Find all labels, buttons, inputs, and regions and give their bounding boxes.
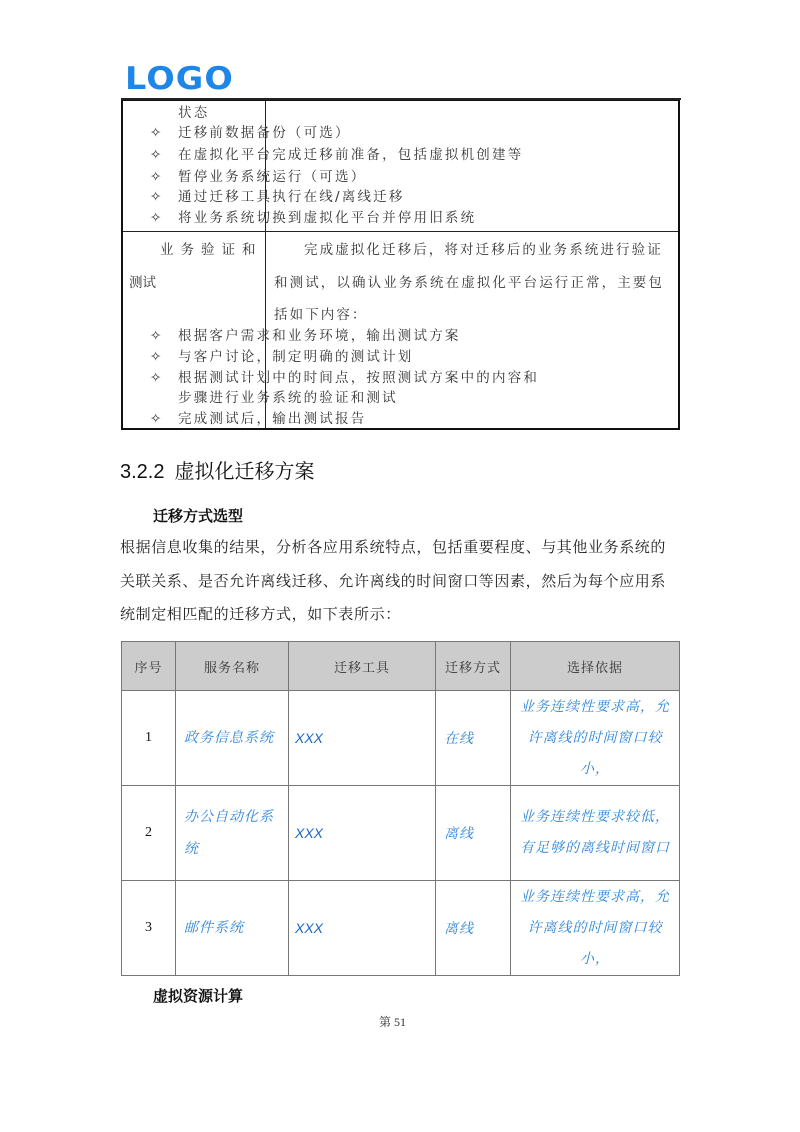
cell-mode: 在线 [436, 691, 511, 786]
diamond-bullet-icon: ✧ [150, 368, 178, 388]
page-number: 第 51 [379, 1013, 406, 1030]
table-row: 3 邮件系统 XXX 离线 业务连续性要求高，允许离线的时间窗口较小， [122, 881, 680, 976]
cell-basis: 业务连续性要求较低，有足够的离线时间窗口 [511, 786, 680, 881]
diamond-bullet-icon: ✧ [150, 167, 178, 187]
bullet-item: ✧完成测试后，输出测试报告 [150, 409, 366, 429]
table-header-row: 序号 服务名称 迁移工具 迁移方式 选择依据 [122, 642, 680, 691]
header-index: 序号 [122, 642, 176, 691]
bullet-item: ✧通过迁移工具执行在线/离线迁移 [150, 187, 405, 207]
bullet-item: ✧根据客户需求和业务环境，输出测试方案 [150, 326, 461, 346]
cell-tool: XXX [289, 881, 436, 976]
bullet-continuation: 步骤进行业务系统的验证和测试 [178, 388, 398, 408]
section-number: 3.2.2 [120, 461, 164, 483]
cell-index: 1 [122, 691, 176, 786]
section-title: 虚拟化迁移方案 [174, 459, 314, 483]
body-text-line: 根据信息收集的结果，分析各应用系统特点，包括重要程度、与其他业务系统的 [120, 536, 666, 557]
body-text-line: 关联关系、是否允许离线迁移、允许离线的时间窗口等因素，然后为每个应用系 [120, 570, 666, 591]
paragraph-line: 括如下内容： [274, 303, 368, 323]
continuation-text: 状态 [178, 103, 209, 123]
diamond-bullet-icon: ✧ [150, 326, 178, 346]
migration-table: 序号 服务名称 迁移工具 迁移方式 选择依据 1 政务信息系统 XXX 在线 业… [121, 641, 680, 976]
diamond-bullet-icon: ✧ [150, 208, 178, 228]
bullet-item: ✧暂停业务系统运行（可选） [150, 167, 366, 187]
cell-index: 3 [122, 881, 176, 976]
cell-service-name: 办公自动化系统 [176, 786, 289, 881]
diamond-bullet-icon: ✧ [150, 123, 178, 143]
logo: LOGO [125, 62, 234, 96]
bullet-item: ✧将业务系统切换到虚拟化平台并停用旧系统 [150, 208, 476, 228]
cell-index: 2 [122, 786, 176, 881]
cell-tool: XXX [289, 691, 436, 786]
header-service-name: 服务名称 [176, 642, 289, 691]
cell-mode: 离线 [436, 881, 511, 976]
diamond-bullet-icon: ✧ [150, 409, 178, 429]
subsection-heading: 虚拟资源计算 [153, 985, 243, 1006]
body-text-line: 统制定相匹配的迁移方式，如下表所示： [120, 603, 401, 624]
bullet-item: ✧在虚拟化平台完成迁移前准备，包括虚拟机创建等 [150, 145, 523, 165]
diamond-bullet-icon: ✧ [150, 145, 178, 165]
subsection-heading: 迁移方式选型 [153, 505, 243, 526]
paragraph-line: 和测试，以确认业务系统在虚拟化平台运行正常，主要包 [274, 271, 664, 291]
row-label: 业务验证和 [160, 238, 263, 258]
cell-service-name: 政务信息系统 [176, 691, 289, 786]
bullet-item: ✧根据测试计划中的时间点，按照测试方案中的内容和 [150, 368, 539, 388]
header-selection-basis: 选择依据 [511, 642, 680, 691]
cell-basis: 业务连续性要求高，允许离线的时间窗口较小， [511, 881, 680, 976]
cell-mode: 离线 [436, 786, 511, 881]
diamond-bullet-icon: ✧ [150, 187, 178, 207]
diamond-bullet-icon: ✧ [150, 347, 178, 367]
bullet-item: ✧迁移前数据备份（可选） [150, 123, 351, 143]
row-divider [123, 231, 678, 232]
bullet-item: ✧与客户讨论，制定明确的测试计划 [150, 347, 414, 367]
table-row: 2 办公自动化系统 XXX 离线 业务连续性要求较低，有足够的离线时间窗口 [122, 786, 680, 881]
cell-service-name: 邮件系统 [176, 881, 289, 976]
header-migration-tool: 迁移工具 [289, 642, 436, 691]
cell-tool: XXX [289, 786, 436, 881]
paragraph-line: 完成虚拟化迁移后，将对迁移后的业务系统进行验证 [304, 238, 663, 258]
section-heading: 3.2.2虚拟化迁移方案 [120, 455, 314, 484]
header-migration-mode: 迁移方式 [436, 642, 511, 691]
table-row: 1 政务信息系统 XXX 在线 业务连续性要求高，允许离线的时间窗口较小， [122, 691, 680, 786]
cell-basis: 业务连续性要求高，允许离线的时间窗口较小， [511, 691, 680, 786]
row-label: 测试 [129, 271, 156, 291]
